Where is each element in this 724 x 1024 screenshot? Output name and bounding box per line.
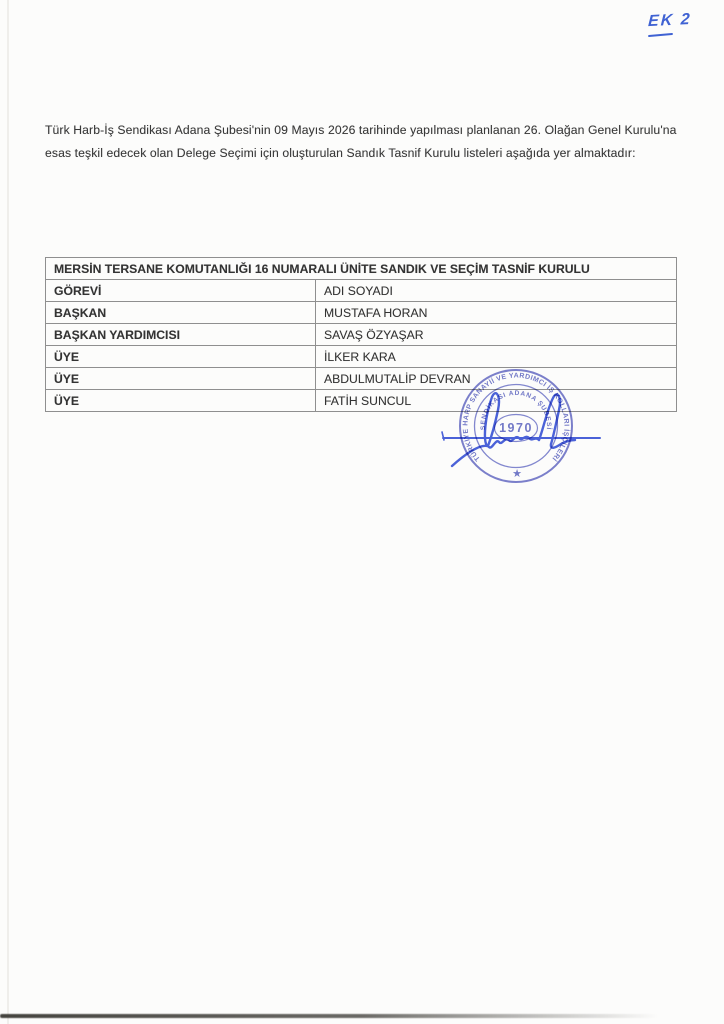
signature-tick: [442, 432, 444, 440]
column-header-name: ADI SOYADI: [316, 280, 677, 302]
name-cell: MUSTAFA HORAN: [316, 302, 677, 324]
scan-edge-left: [7, 0, 9, 1024]
document-page: EK 2 Türk Harb-İş Sendikası Adana Şubesi…: [0, 0, 724, 1024]
scan-edge-bottom: [0, 1014, 658, 1018]
intro-line: esas teşkil edecek olan Delege Seçimi iç…: [45, 142, 685, 165]
name-cell: SAVAŞ ÖZYAŞAR: [316, 324, 677, 346]
table-header-row: GÖREVİ ADI SOYADI: [46, 280, 677, 302]
role-cell: BAŞKAN: [46, 302, 316, 324]
column-header-role: GÖREVİ: [46, 280, 316, 302]
signature-stroke: [452, 393, 575, 466]
table-row: BAŞKAN YARDIMCISI SAVAŞ ÖZYAŞAR: [46, 324, 677, 346]
table-row: ÜYE İLKER KARA: [46, 346, 677, 368]
role-cell: ÜYE: [46, 390, 316, 412]
intro-paragraph: Türk Harb-İş Sendikası Adana Şubesi'nin …: [45, 119, 685, 165]
role-cell: BAŞKAN YARDIMCISI: [46, 324, 316, 346]
attachment-annotation: EK 2: [648, 11, 692, 31]
annotation-underline: [648, 33, 673, 37]
role-cell: ÜYE: [46, 346, 316, 368]
role-cell: ÜYE: [46, 368, 316, 390]
table-title-row: MERSİN TERSANE KOMUTANLIĞI 16 NUMARALI Ü…: [46, 258, 677, 280]
table-title: MERSİN TERSANE KOMUTANLIĞI 16 NUMARALI Ü…: [46, 258, 677, 280]
intro-line: Türk Harb-İş Sendikası Adana Şubesi'nin …: [45, 119, 685, 142]
table-row: BAŞKAN MUSTAFA HORAN: [46, 302, 677, 324]
signature: [435, 380, 615, 485]
